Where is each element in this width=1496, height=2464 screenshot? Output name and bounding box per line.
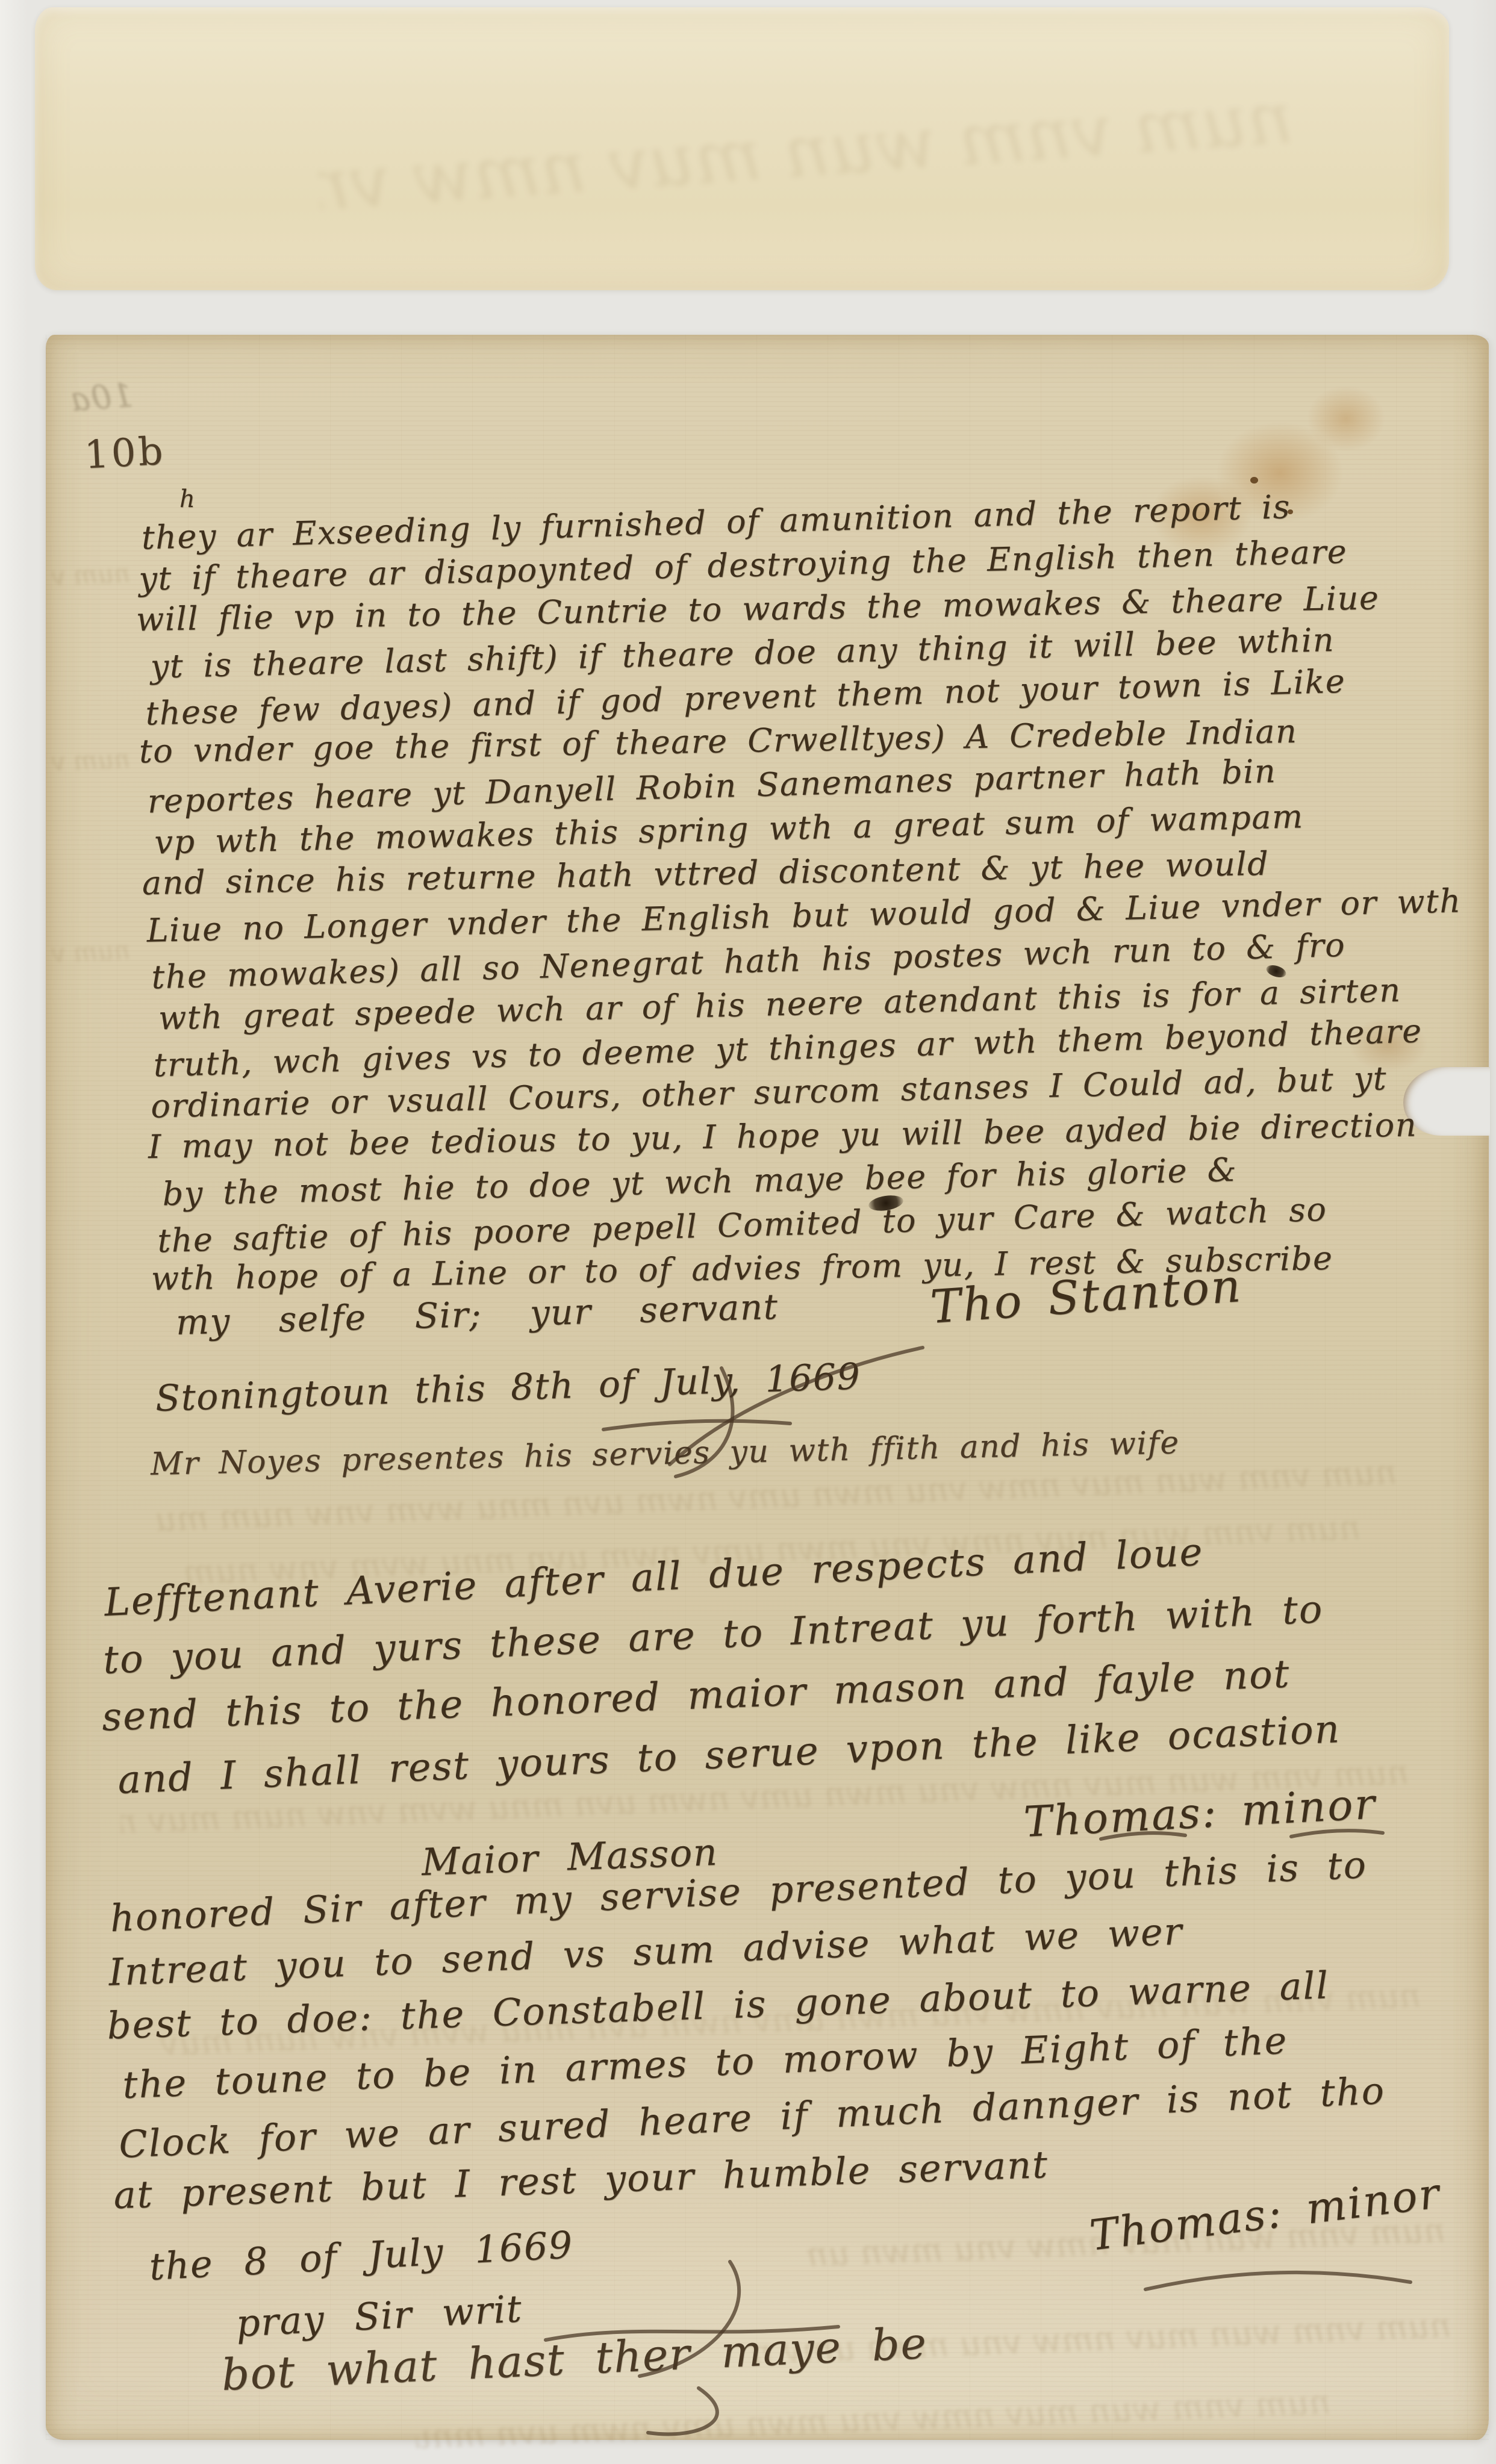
folio-number: 10b xyxy=(83,429,166,478)
stanton-letter: they ar Exseeding ly furnished of amunit… xyxy=(137,483,1470,1304)
minor-note-to-mason: honored Sir after my servise presented t… xyxy=(105,1839,1385,2227)
minor-note-to-avery: Lefftenant Averie after all due respects… xyxy=(99,1519,1332,1811)
ink-showthrough: num vnm wun muv nmw vnu mwn umv nwm uvn … xyxy=(50,558,131,591)
wrapper-strip: num vnm wun muv nmw vnu mwn umv nwm uvn … xyxy=(35,7,1449,290)
ink-showthrough: num vnm wun muv nmw vnu mwn umv nwm uvn … xyxy=(316,76,1295,227)
insertion-mark: h xyxy=(179,485,196,513)
ink-speck xyxy=(1250,477,1258,484)
manuscript-scan: num vnm wun muv nmw vnu mwn umv nwm uvn … xyxy=(0,0,1496,2464)
ink-showthrough: num vnm wun muv nmw vnu mwn umv nwm uvn … xyxy=(50,935,131,968)
folio-number-showthrough: 10a xyxy=(69,376,135,418)
ink-showthrough: num vnm wun muv nmw vnu mwn umv nwm uvn … xyxy=(50,744,131,776)
